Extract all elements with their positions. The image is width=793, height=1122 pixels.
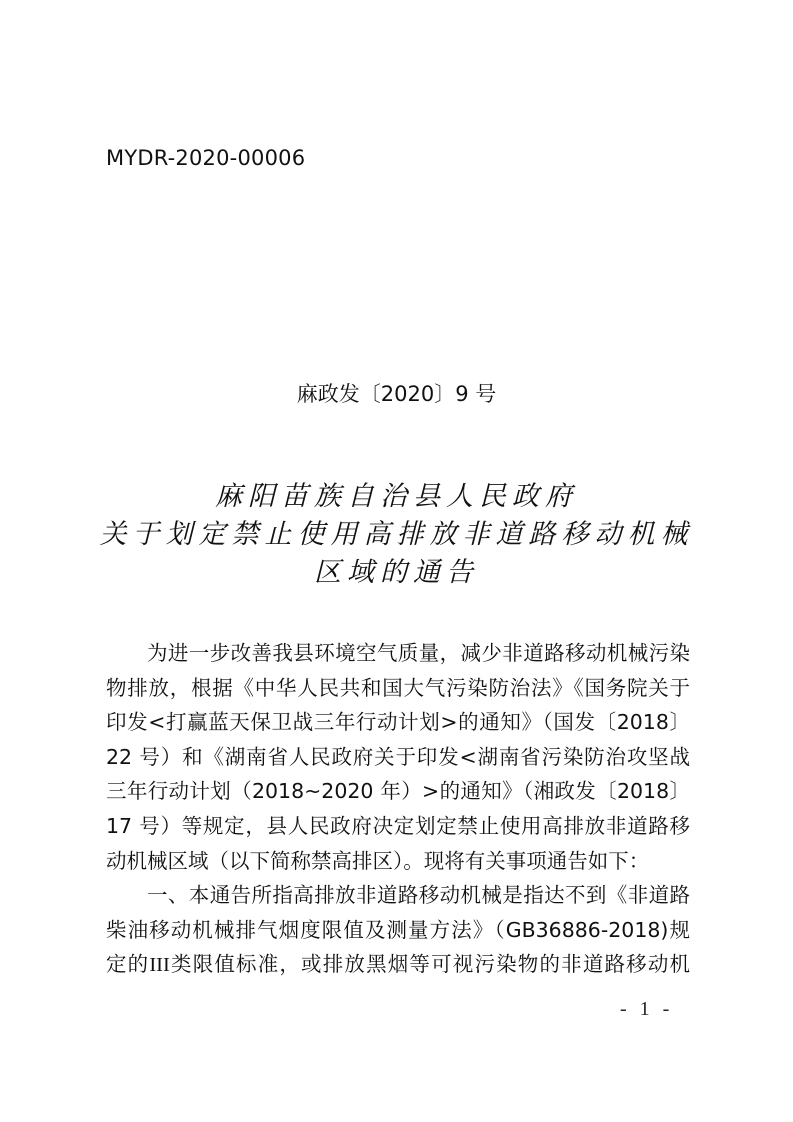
document-id: MYDR-2020-00006	[106, 146, 305, 170]
title-line-subject-end: 区域的通告	[0, 554, 793, 592]
document-body: 为进一步改善我县环境空气质量，减少非道路移动机械污染 物排放，根据《中华人民共和…	[106, 636, 690, 982]
document-number: 麻政发〔2020〕9 号	[0, 378, 793, 408]
body-line-text: 类限值标准，或排放黑烟等可视污染物的非道路移动机	[170, 952, 690, 976]
roman-numeral-class: III	[149, 954, 169, 976]
page-number: - 1 -	[620, 998, 673, 1021]
body-line: 柴油移动机械排气烟度限值及测量方法》（GB36886-2018)规	[106, 913, 690, 948]
body-line: 物排放，根据《中华人民共和国大气污染防治法》《国务院关于	[106, 671, 690, 706]
body-line: 动机械区域（以下简称禁高排区）。现将有关事项通告如下：	[106, 844, 690, 879]
body-line: 一、本通告所指高排放非道路移动机械是指达不到《非道路	[106, 878, 690, 913]
body-line-text: 定的	[106, 952, 149, 976]
title-line-issuer: 麻阳苗族自治县人民政府	[0, 478, 793, 516]
body-line: 22 号）和《湖南省人民政府关于印发<湖南省污染防治攻坚战	[106, 740, 690, 775]
body-line: 17 号）等规定，县人民政府决定划定禁止使用高排放非道路移	[106, 809, 690, 844]
document-title: 麻阳苗族自治县人民政府 关于划定禁止使用高排放非道路移动机械 区域的通告	[0, 478, 793, 592]
body-line: 定的III类限值标准，或排放黑烟等可视污染物的非道路移动机	[106, 947, 690, 982]
document-page: MYDR-2020-00006 麻政发〔2020〕9 号 麻阳苗族自治县人民政府…	[0, 0, 793, 1122]
body-line: 为进一步改善我县环境空气质量，减少非道路移动机械污染	[106, 636, 690, 671]
body-line: 三年行动计划（2018~2020 年）>的通知》（湘政发〔2018〕	[106, 774, 690, 809]
title-line-subject: 关于划定禁止使用高排放非道路移动机械	[0, 516, 793, 554]
body-line: 印发<打赢蓝天保卫战三年行动计划>的通知》（国发〔2018〕	[106, 705, 690, 740]
